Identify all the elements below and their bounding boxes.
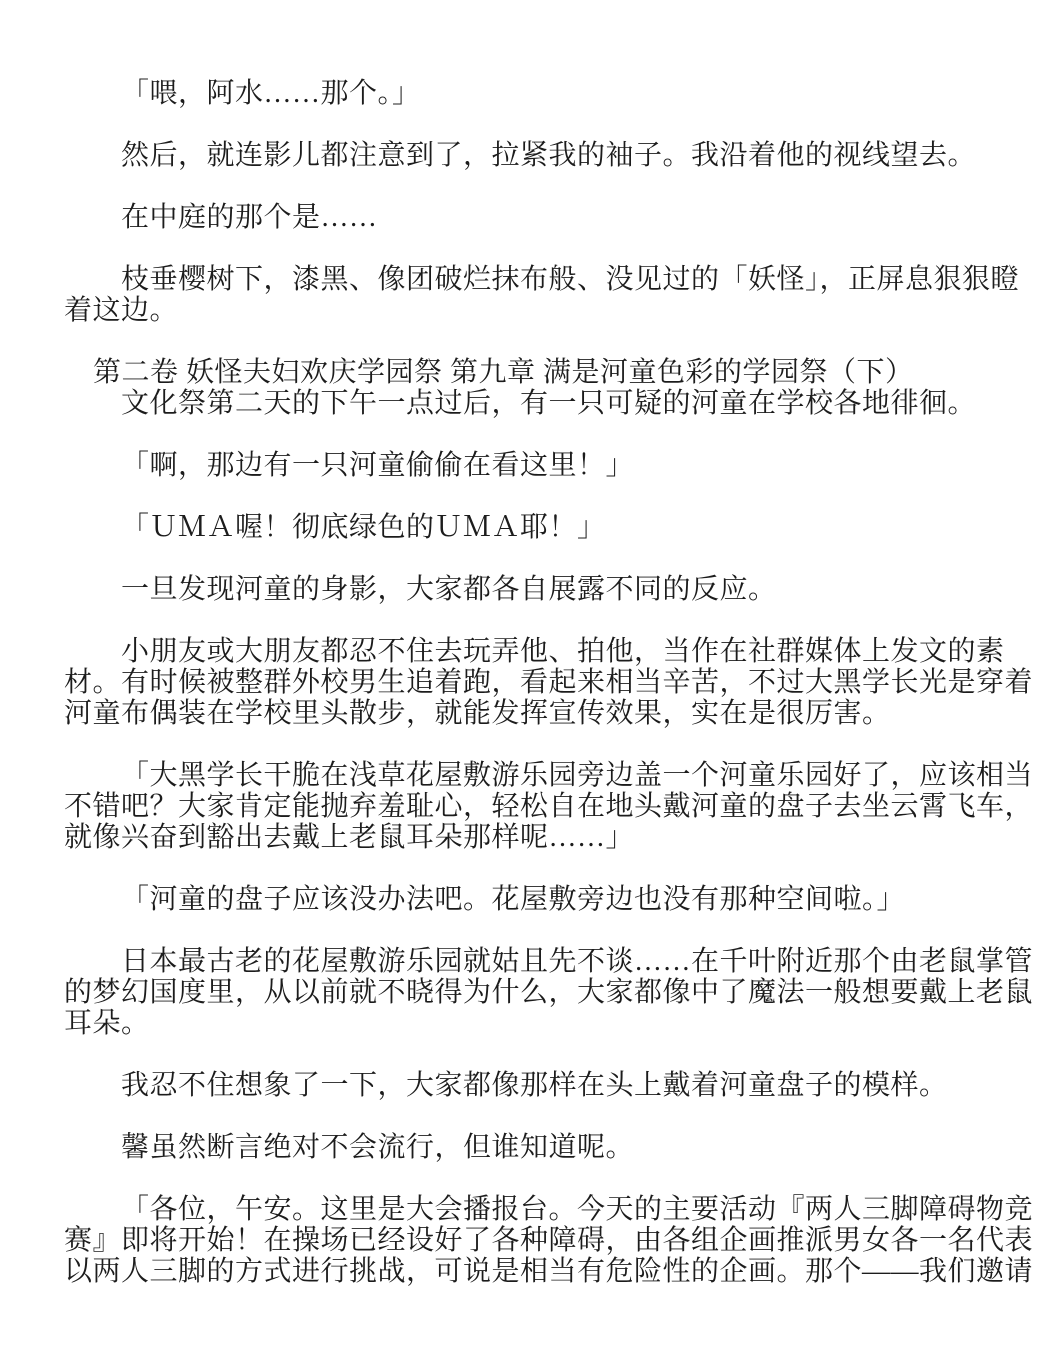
text-line: 材。有时候被整群外校男生追着跑，看起来相当辛苦，不过大黑学长光是穿着 — [64, 667, 986, 698]
text-line: 「ＵＭＡ喔！彻底绿色的ＵＭＡ耶！」 — [64, 512, 986, 543]
paragraph: 日本最古老的花屋敷游乐园就姑且先不谈……在千叶附近那个由老鼠掌管的梦幻国度里，从… — [64, 946, 986, 1039]
document-page: 「喂，阿水……那个。」然后，就连影儿都注意到了，拉紧我的袖子。我沿着他的视线望去… — [0, 0, 1046, 1354]
text-line: 「河童的盘子应该没办法吧。花屋敷旁边也没有那种空间啦。」 — [64, 884, 986, 915]
text-line: 河童布偶装在学校里头散步，就能发挥宣传效果，实在是很厉害。 — [64, 698, 986, 729]
paragraph: 然后，就连影儿都注意到了，拉紧我的袖子。我沿着他的视线望去。 — [64, 140, 986, 171]
text-line: 第二卷 妖怪夫妇欢庆学园祭 第九章 满是河童色彩的学园祭（下） — [64, 357, 986, 388]
paragraph: 第二卷 妖怪夫妇欢庆学园祭 第九章 满是河童色彩的学园祭（下）文化祭第二天的下午… — [64, 357, 986, 419]
text-line: 日本最古老的花屋敷游乐园就姑且先不谈……在千叶附近那个由老鼠掌管 — [64, 946, 986, 977]
paragraph: 我忍不住想象了一下，大家都像那样在头上戴着河童盘子的模样。 — [64, 1070, 986, 1101]
text-line: 枝垂樱树下，漆黑、像团破烂抹布般、没见过的「妖怪」，正屏息狠狠瞪 — [64, 264, 986, 295]
text-line: 就像兴奋到豁出去戴上老鼠耳朵那样呢……」 — [64, 822, 986, 853]
paragraph: 「大黑学长干脆在浅草花屋敷游乐园旁边盖一个河童乐园好了，应该相当不错吧？大家肯定… — [64, 760, 986, 853]
text-line: 在中庭的那个是…… — [64, 202, 986, 233]
paragraph: 在中庭的那个是…… — [64, 202, 986, 233]
text-line: 小朋友或大朋友都忍不住去玩弄他、拍他，当作在社群媒体上发文的素 — [64, 636, 986, 667]
text-line: 我忍不住想象了一下，大家都像那样在头上戴着河童盘子的模样。 — [64, 1070, 986, 1101]
text-line: 的梦幻国度里，从以前就不晓得为什么，大家都像中了魔法一般想要戴上老鼠 — [64, 977, 986, 1008]
paragraph: 「ＵＭＡ喔！彻底绿色的ＵＭＡ耶！」 — [64, 512, 986, 543]
text-line: 以两人三脚的方式进行挑战，可说是相当有危险性的企画。那个——我们邀请 — [64, 1256, 986, 1287]
text-line: 一旦发现河童的身影，大家都各自展露不同的反应。 — [64, 574, 986, 605]
paragraph: 「喂，阿水……那个。」 — [64, 78, 986, 109]
text-line: 「大黑学长干脆在浅草花屋敷游乐园旁边盖一个河童乐园好了，应该相当 — [64, 760, 986, 791]
text-line: 「啊，那边有一只河童偷偷在看这里！」 — [64, 450, 986, 481]
text-line: 「喂，阿水……那个。」 — [64, 78, 986, 109]
text-line: 「各位，午安。这里是大会播报台。今天的主要活动『两人三脚障碍物竞 — [64, 1194, 986, 1225]
text-line: 然后，就连影儿都注意到了，拉紧我的袖子。我沿着他的视线望去。 — [64, 140, 986, 171]
paragraph: 一旦发现河童的身影，大家都各自展露不同的反应。 — [64, 574, 986, 605]
text-line: 馨虽然断言绝对不会流行，但谁知道呢。 — [64, 1132, 986, 1163]
novel-text-area: 「喂，阿水……那个。」然后，就连影儿都注意到了，拉紧我的袖子。我沿着他的视线望去… — [64, 78, 986, 1287]
paragraph: 「各位，午安。这里是大会播报台。今天的主要活动『两人三脚障碍物竞赛』即将开始！在… — [64, 1194, 986, 1287]
text-line: 不错吧？大家肯定能抛弃羞耻心，轻松自在地头戴河童的盘子去坐云霄飞车， — [64, 791, 986, 822]
paragraph: 「河童的盘子应该没办法吧。花屋敷旁边也没有那种空间啦。」 — [64, 884, 986, 915]
paragraph: 「啊，那边有一只河童偷偷在看这里！」 — [64, 450, 986, 481]
paragraph: 枝垂樱树下，漆黑、像团破烂抹布般、没见过的「妖怪」，正屏息狠狠瞪着这边。 — [64, 264, 986, 326]
text-line: 文化祭第二天的下午一点过后，有一只可疑的河童在学校各地徘徊。 — [64, 388, 986, 419]
text-line: 赛』即将开始！在操场已经设好了各种障碍，由各组企画推派男女各一名代表 — [64, 1225, 986, 1256]
text-line: 耳朵。 — [64, 1008, 986, 1039]
text-line: 着这边。 — [64, 295, 986, 326]
paragraph: 馨虽然断言绝对不会流行，但谁知道呢。 — [64, 1132, 986, 1163]
paragraph: 小朋友或大朋友都忍不住去玩弄他、拍他，当作在社群媒体上发文的素材。有时候被整群外… — [64, 636, 986, 729]
